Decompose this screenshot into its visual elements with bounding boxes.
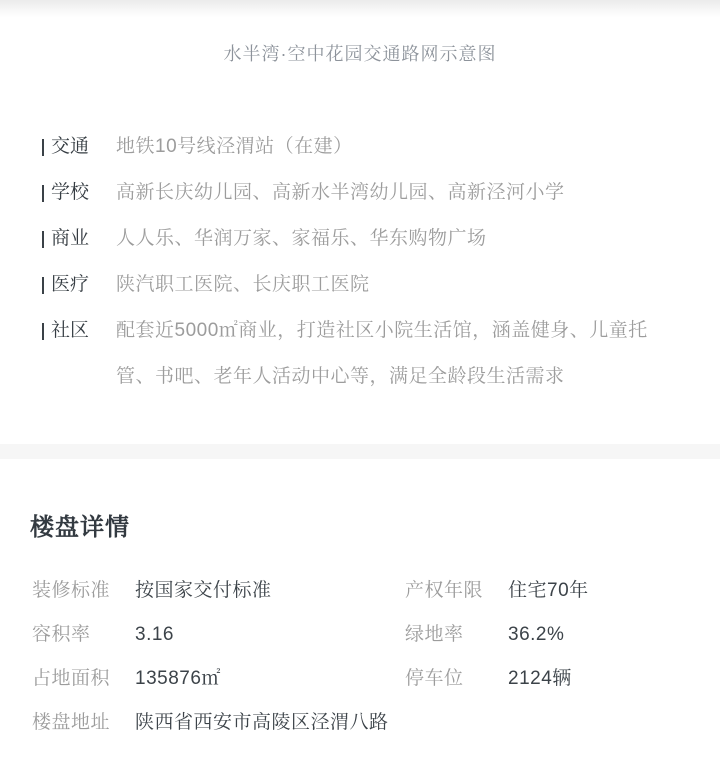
feature-value: 人人乐、华润万家、家福乐、华东购物广场 <box>116 216 487 262</box>
detail-label: 占地面积 <box>32 666 135 692</box>
detail-label: 绿地率 <box>405 622 508 648</box>
detail-value: 按国家交付标准 <box>135 578 272 604</box>
detail-value: 135876㎡ <box>135 666 221 692</box>
feature-label: 商业 <box>51 216 89 262</box>
detail-label: 停车位 <box>405 666 508 692</box>
map-caption: 水半湾·空中花园交通路网示意图 <box>0 42 720 66</box>
detail-field-decoration: 装修标准 按国家交付标准 <box>32 578 405 604</box>
detail-field-tenure: 产权年限 住宅70年 <box>405 578 690 604</box>
feature-value: 地铁10号线泾渭站（在建） <box>116 124 353 170</box>
label-accent-bar <box>42 231 44 248</box>
detail-field-address: 楼盘地址 陕西省西安市高陵区泾渭八路 <box>32 710 690 736</box>
detail-field-plot-ratio: 容积率 3.16 <box>32 622 405 648</box>
details-section-title: 楼盘详情 <box>30 511 690 544</box>
detail-field-parking: 停车位 2124辆 <box>405 666 690 692</box>
feature-label: 交通 <box>51 124 89 170</box>
detail-field-green-rate: 绿地率 36.2% <box>405 622 690 648</box>
feature-label: 学校 <box>51 170 89 216</box>
feature-value: 高新长庆幼儿园、高新水半湾幼儿园、高新泾河小学 <box>116 170 565 216</box>
feature-label: 医疗 <box>51 262 89 308</box>
detail-label: 产权年限 <box>405 578 508 604</box>
detail-field-land-area: 占地面积 135876㎡ <box>32 666 405 692</box>
detail-label: 装修标准 <box>32 578 135 604</box>
feature-label: 社区 <box>51 308 89 354</box>
feature-row-community: 社区 配套近5000㎡商业，打造社区小院生活馆，涵盖健身、儿童托管、书吧、老年人… <box>42 308 720 400</box>
top-gradient <box>0 0 720 18</box>
detail-label: 楼盘地址 <box>32 710 135 736</box>
detail-value: 3.16 <box>135 622 174 648</box>
label-accent-bar <box>42 185 44 202</box>
detail-value: 36.2% <box>508 622 564 648</box>
feature-row-transport: 交通 地铁10号线泾渭站（在建） <box>42 124 720 170</box>
feature-value: 陕汽职工医院、长庆职工医院 <box>116 262 370 308</box>
detail-label: 容积率 <box>32 622 135 648</box>
label-accent-bar <box>42 139 44 156</box>
property-details-section: 楼盘详情 装修标准 按国家交付标准 产权年限 住宅70年 容积率 3.16 绿地… <box>0 511 720 736</box>
detail-value: 住宅70年 <box>508 578 589 604</box>
feature-row-medical: 医疗 陕汽职工医院、长庆职工医院 <box>42 262 720 308</box>
label-accent-bar <box>42 277 44 294</box>
feature-row-schools: 学校 高新长庆幼儿园、高新水半湾幼儿园、高新泾河小学 <box>42 170 720 216</box>
detail-value: 陕西省西安市高陵区泾渭八路 <box>135 710 389 736</box>
section-divider <box>0 444 720 459</box>
details-grid: 装修标准 按国家交付标准 产权年限 住宅70年 容积率 3.16 绿地率 36.… <box>30 578 690 736</box>
label-accent-bar <box>42 323 44 340</box>
feature-list: 交通 地铁10号线泾渭站（在建） 学校 高新长庆幼儿园、高新水半湾幼儿园、高新泾… <box>0 124 720 400</box>
feature-value: 配套近5000㎡商业，打造社区小院生活馆，涵盖健身、儿童托管、书吧、老年人活动中… <box>116 308 676 400</box>
detail-value: 2124辆 <box>508 666 572 692</box>
feature-row-commerce: 商业 人人乐、华润万家、家福乐、华东购物广场 <box>42 216 720 262</box>
